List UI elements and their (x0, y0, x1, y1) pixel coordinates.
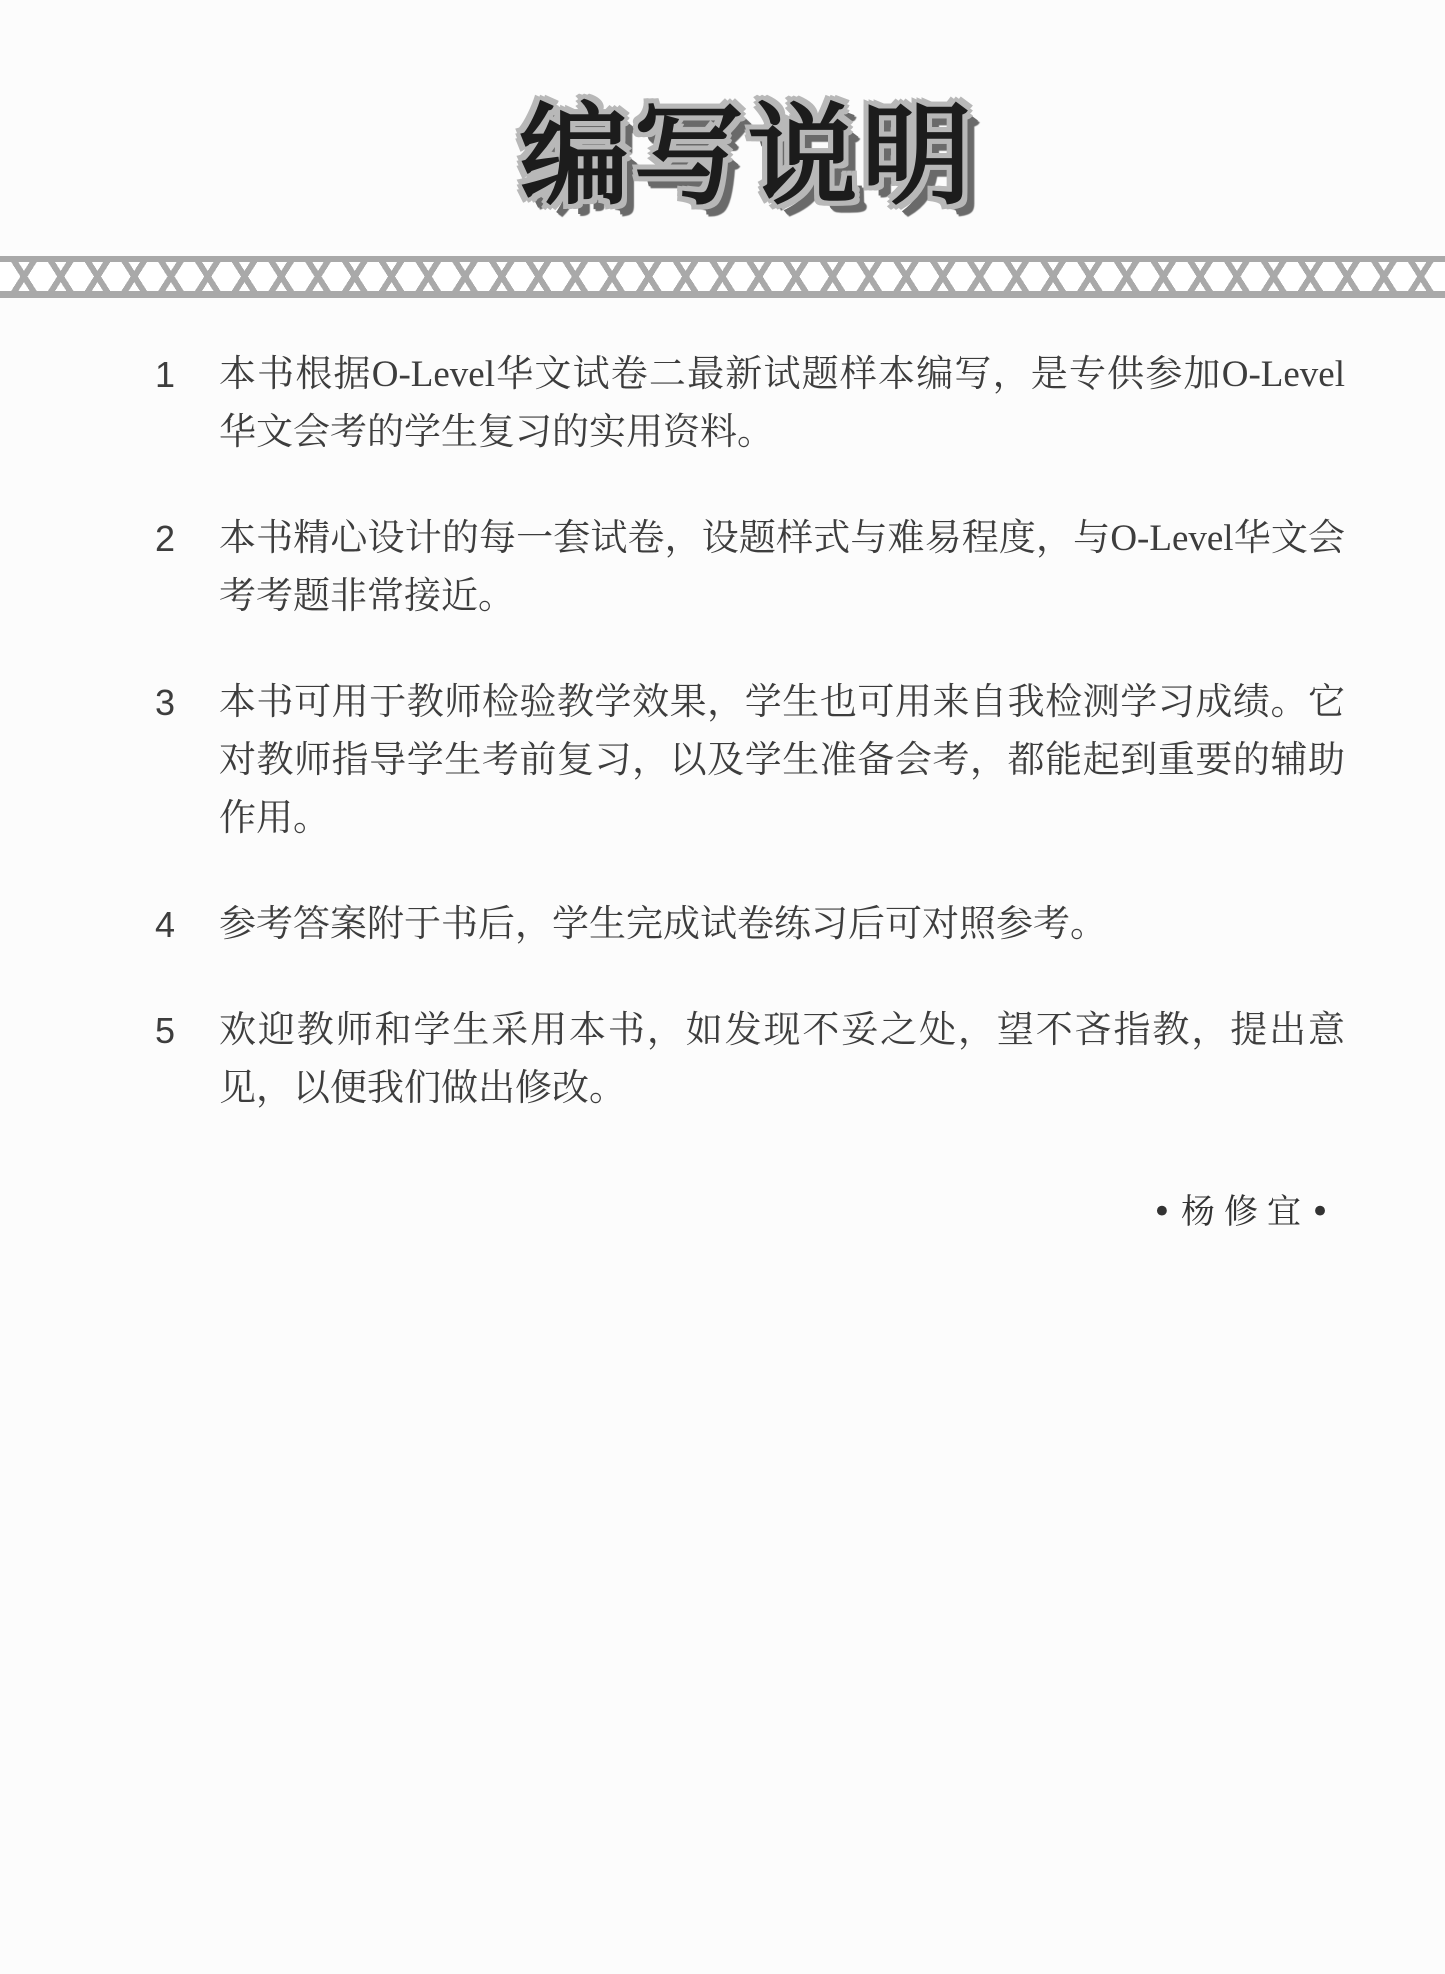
item-number: 4 (155, 896, 219, 954)
item-number: 5 (155, 1002, 219, 1118)
item-text: 本书可用于教师检验教学效果，学生也可用来自我检测学习成绩。它对教师指导学生考前复… (219, 674, 1345, 848)
item-number: 1 (155, 346, 219, 462)
list-item: 1 本书根据O-Level华文试卷二最新试题样本编写，是专供参加O-Level华… (155, 346, 1345, 462)
item-text: 参考答案附于书后，学生完成试卷练习后可对照参考。 (219, 896, 1345, 954)
page-title: 编写说明 (0, 96, 1445, 217)
item-text: 本书根据O-Level华文试卷二最新试题样本编写，是专供参加O-Level华文会… (219, 346, 1345, 462)
list-item: 3 本书可用于教师检验教学效果，学生也可用来自我检测学习成绩。它对教师指导学生考… (155, 674, 1345, 848)
list-item: 2 本书精心设计的每一套试卷，设题样式与难易程度，与O-Level华文会考考题非… (155, 510, 1345, 626)
item-number: 3 (155, 674, 219, 848)
document-page: 编写说明 1 本书根据O-Level华文试卷二最新试题样本编写，是专供参加O-L… (0, 0, 1445, 1974)
preface-list: 1 本书根据O-Level华文试卷二最新试题样本编写，是专供参加O-Level华… (155, 346, 1345, 1166)
item-text: 本书精心设计的每一套试卷，设题样式与难易程度，与O-Level华文会考考题非常接… (219, 510, 1345, 626)
list-item: 4 参考答案附于书后，学生完成试卷练习后可对照参考。 (155, 896, 1345, 954)
item-text: 欢迎教师和学生采用本书，如发现不妥之处，望不吝指教，提出意见，以便我们做出修改。 (219, 1002, 1345, 1118)
lattice-border-decoration (0, 256, 1445, 298)
list-item: 5 欢迎教师和学生采用本书，如发现不妥之处，望不吝指教，提出意见，以便我们做出修… (155, 1002, 1345, 1118)
item-number: 2 (155, 510, 219, 626)
author-signature: •杨修宜• (1152, 1184, 1339, 1233)
